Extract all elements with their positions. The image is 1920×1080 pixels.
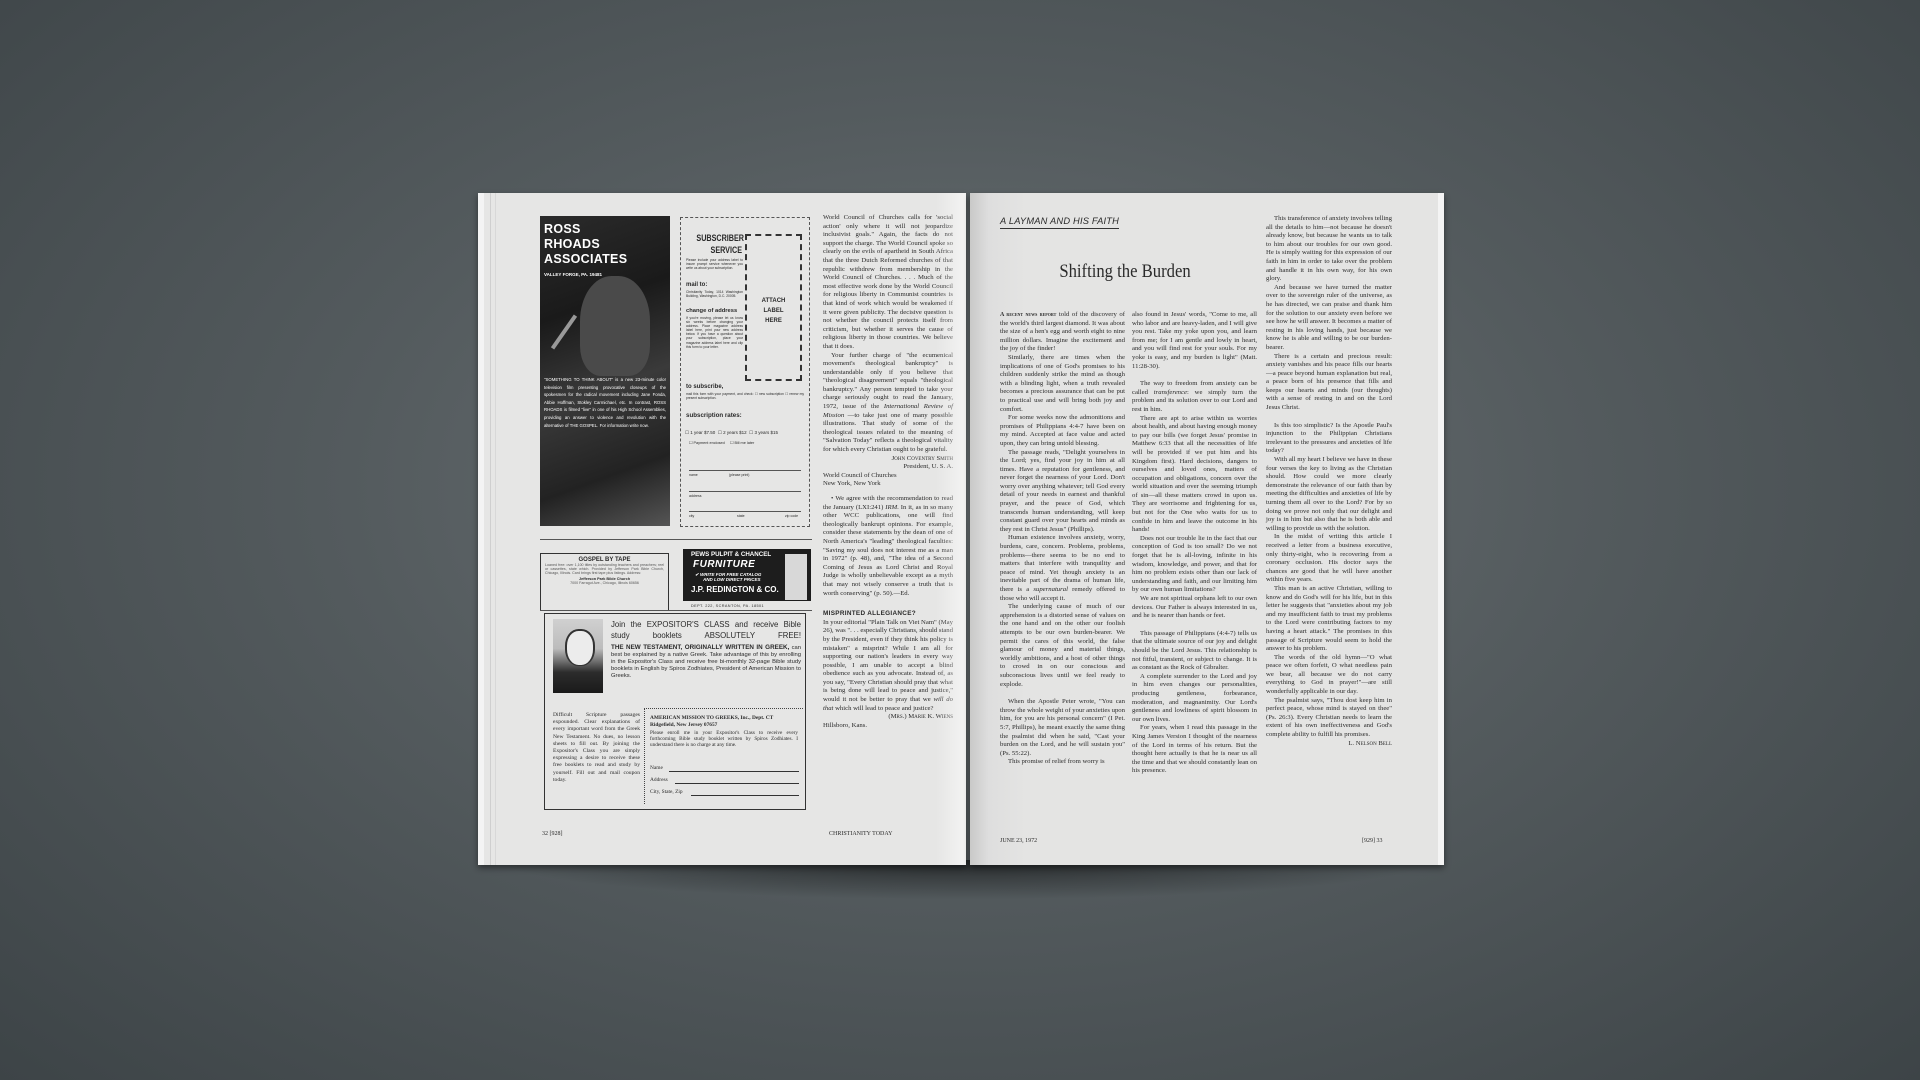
editor-reply: • We agree with the recommendation to re… [823, 495, 953, 598]
ad-address: 7000 Farragut Ave., Chicago, Illinois 60… [545, 581, 664, 585]
divider [540, 539, 812, 540]
speaker-photo [580, 276, 650, 376]
article-column-3: This transference of anxiety involves te… [1266, 215, 1392, 748]
name-line[interactable] [689, 470, 801, 471]
right-page: A LAYMAN AND HIS FAITH Shifting the Burd… [970, 193, 1444, 865]
ad-blurb: "SOMETHING TO THINK ABOUT" is a new 23-m… [544, 376, 666, 429]
letters-column: World Council of Churches calls for 'soc… [823, 214, 953, 730]
expositors-class-ad: Join the EXPOSITOR'S CLASS and receive B… [544, 613, 806, 810]
address-field-label: Address [650, 777, 668, 783]
rates-label: subscription rates: [686, 412, 742, 419]
enrollment-coupon: AMERICAN MISSION TO GREEKS, Inc., Dept. … [644, 708, 803, 804]
pews-furniture-ad: PEWS PULPIT & CHANCEL FURNITURE ✔ WRITE … [683, 549, 811, 611]
left-page: ROSS RHOADS ASSOCIATES VALLEY FORGE, PA.… [478, 193, 966, 865]
ad-side-text: Difficult Scripture passages expounded. … [553, 712, 640, 784]
ad-banner: PEWS PULPIT & CHANCEL FURNITURE ✔ WRITE … [683, 549, 811, 601]
letter-signature-org: World Council of Churches [823, 472, 953, 481]
letter-heading: MISPRINTED ALLEGIANCE? [823, 610, 953, 619]
letter-signature-city: New York, New York [823, 480, 953, 489]
state-field-label: state [737, 514, 745, 518]
ad-headline: Join the EXPOSITOR'S CLASS and receive B… [611, 619, 801, 641]
open-magazine: ROSS RHOADS ASSOCIATES VALLEY FORGE, PA.… [478, 193, 1444, 865]
issue-date: JUNE 23, 1972 [1000, 838, 1037, 844]
mail-to-label: mail to: [686, 282, 707, 288]
column-kicker: A LAYMAN AND HIS FAITH [1000, 216, 1119, 229]
microphone-icon [551, 314, 577, 349]
author-signature: L. Nelson Bell [1266, 740, 1392, 749]
city-field-label: city [689, 514, 694, 518]
address-line[interactable] [689, 491, 801, 492]
letter-signature: John Coventry Smith [823, 455, 953, 464]
article-headline: Shifting the Burden [1035, 262, 1215, 283]
change-address-label: change of address [686, 308, 737, 314]
letter-paragraph: In your editorial "Plain Talk on Viet Na… [823, 619, 953, 714]
letter-signature: (Mrs.) Marie K. Wiens [823, 713, 953, 722]
rates-options[interactable]: ☐ 1 year $7.50 ☐ 2 years $12 ☐ 3 years $… [685, 430, 778, 436]
letter-signature-title: President, U. S. A. [823, 463, 953, 472]
ad-title: ROSS RHOADS ASSOCIATES [544, 222, 627, 267]
ad-body: Loaned free: over 1,100 titles by outsta… [545, 563, 664, 576]
page-number: [929] 33 [1362, 838, 1383, 844]
change-address-text: If you're moving, please let us know six… [686, 316, 743, 349]
address-field[interactable] [675, 783, 799, 784]
letter-paragraph: World Council of Churches calls for 'soc… [823, 214, 953, 352]
print-field-label: (please print) [729, 473, 749, 477]
address-field-label: address [689, 494, 701, 498]
author-photo [553, 619, 603, 693]
page-edge [490, 193, 496, 865]
ross-rhoads-ad: ROSS RHOADS ASSOCIATES VALLEY FORGE, PA.… [540, 216, 670, 526]
zip-field-label: zip code [785, 514, 798, 518]
payment-options[interactable]: ☐ Payment enclosed ☐ Bill me later [689, 440, 754, 445]
ad-address: DEPT. 222, SCRANTON, PA. 18501 [691, 604, 764, 608]
ad-body: THE NEW TESTAMENT, ORIGINALLY WRITTEN IN… [611, 644, 801, 680]
page-number: 32 [928] [542, 831, 563, 837]
magazine-name: CHRISTIANITY TODAY [829, 831, 893, 837]
ad-location: VALLEY FORGE, PA. 19481 [544, 272, 602, 277]
coupon-text: Please enroll me in your Expositor's Cla… [650, 730, 798, 748]
mail-to-text: Christianity Today, 1014 Washington Buil… [686, 290, 743, 298]
letter-signature-city: Hillsboro, Kans. [823, 722, 953, 731]
attach-label-box: ATTACH LABEL HERE [745, 234, 802, 381]
name-field-label: Name [650, 765, 663, 771]
name-field[interactable] [669, 771, 799, 772]
city-line[interactable] [689, 511, 801, 512]
city-state-zip-field[interactable] [691, 795, 799, 796]
name-field-label: name [689, 473, 698, 477]
form-intro: Please include your address label to ins… [686, 258, 743, 270]
gospel-by-tape-ad: GOSPEL BY TAPE Loaned free: over 1,100 t… [540, 553, 669, 611]
article-column-2: also found in Jesus' words, "Come to me,… [1132, 311, 1257, 776]
article-column-1: A recent news report told of the discove… [1000, 311, 1125, 767]
subscribe-label: to subscribe, [686, 384, 723, 390]
city-field-label: City, State, Zip [650, 789, 683, 795]
letter-paragraph: Your further charge of "the ecumenical m… [823, 352, 953, 455]
subscriber-service-form: SUBSCRIBER SERVICE ATTACH LABEL HERE Ple… [680, 217, 810, 527]
divider [540, 610, 812, 611]
form-title: SUBSCRIBER SERVICE [696, 232, 742, 256]
subscribe-text: mail this form with your payment, and ch… [686, 392, 804, 400]
book-shadow [490, 860, 1440, 900]
furniture-illustration [785, 554, 807, 600]
